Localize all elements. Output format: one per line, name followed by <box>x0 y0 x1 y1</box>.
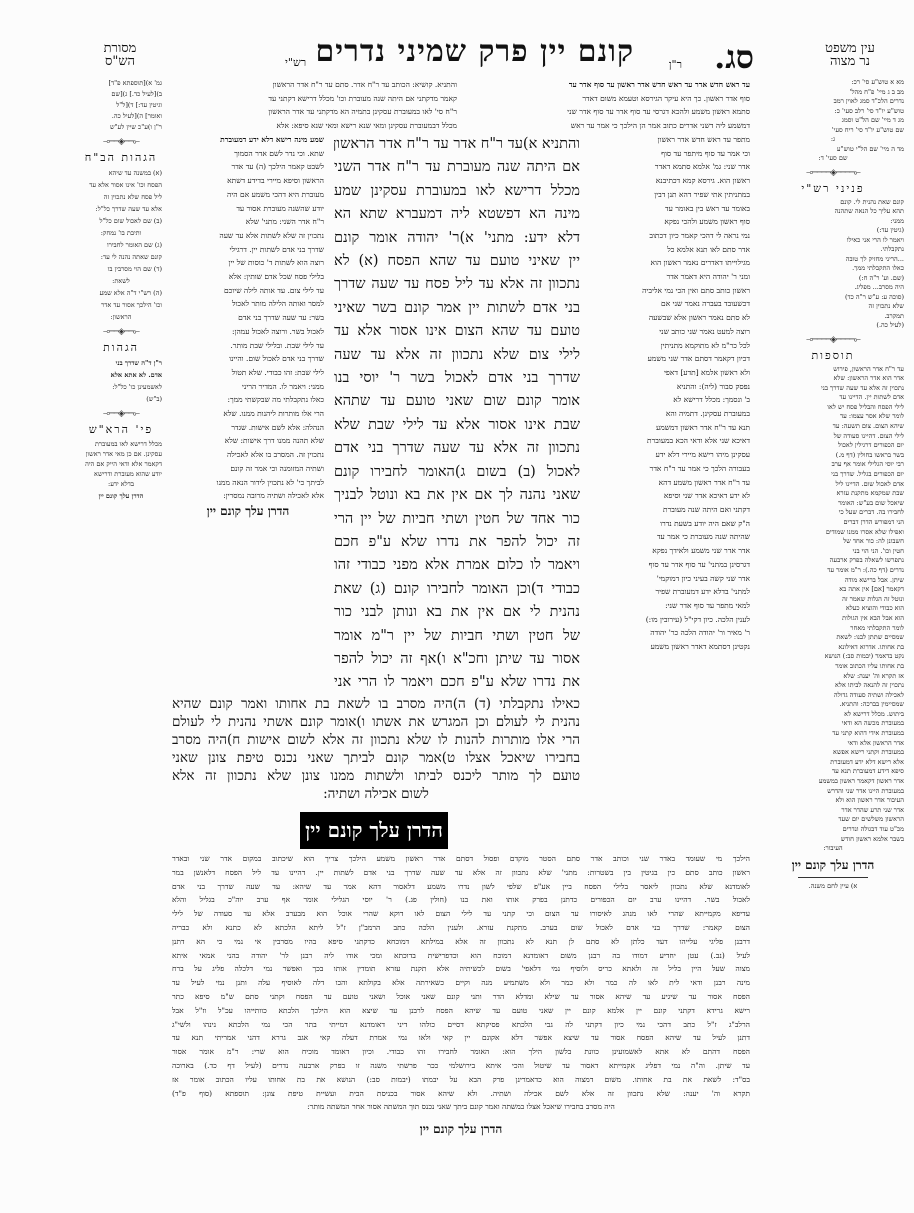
tosafot-line: חטין וכו'. הני הוי בני <box>762 547 904 557</box>
gemara-line: שדרך בני אדם לאכול בשר ר' יוסי בנו <box>334 367 580 390</box>
tosafot-line: שמסיים שתתן לבנו: לשאת <box>762 633 904 643</box>
hagahot-bach-line: (ה) רש"י ד"ה אלא שמע <box>80 287 162 299</box>
tosafot-line: חשבונן לה: כור אחד של <box>762 537 904 547</box>
rashi-line: בלילי פסח שכל אדם שותין: אלא <box>172 270 324 284</box>
penini-line: היה מסרב... מפליג. <box>762 283 904 293</box>
rashi-line: עד לילי צום. עד אותה לילה שיוכם <box>172 284 324 298</box>
tosafot-line: שמסיימין בברכה: והתניא. <box>762 700 904 710</box>
ornament-divider: ⊸────◈────⟜ <box>762 168 904 178</box>
rashi-line: שתא. וכי נדר לשם אדר הסמוך <box>172 147 324 161</box>
tosafot-line: אדם לשתות יין. הדיינו עד <box>762 393 904 403</box>
pi-harosh-line: יודע שהוא מעוברת ודרישא <box>80 469 162 479</box>
gemara-line: בני אדם לשתות יין אמר קונם בשר שאיני <box>334 297 580 320</box>
ornament-divider: ⊸────◈────⟜ <box>762 335 904 345</box>
rashi-line: מכלל דבמעוברת עסקינן ומאי שנא רישא ומאי … <box>172 119 457 133</box>
gemara-line: והתניא א)עד ר"ח אדר עד ר"ח אדר הראשון <box>334 133 580 156</box>
pi-harosh-line: דקאמר אלא ודאי הייק אם היה <box>80 459 162 469</box>
tosafot-line: רבי יוסי הגלילי אומר אף ערב <box>762 460 904 470</box>
page-title: קונם יין פרק שמיני נדרים <box>316 34 635 69</box>
ran-line: אדר אדר שני משמע ולאידך נפקא <box>588 544 750 558</box>
gemara-line: בחבירו שיאכל אצלו ט)אמר קונם לביתך שאני … <box>172 749 580 767</box>
tosafot-line: במעוברת וקתני רישא אפשא <box>762 748 904 758</box>
rashi-line: ושתיה המזומנה וכי אמר זה קונם <box>172 462 324 476</box>
ran-line: לא ידע דאיכא אדר שני וסיפא <box>588 489 750 503</box>
rashi-line: נתכוין זה שלא לשתות אלא עד שעה <box>172 229 324 243</box>
tosafot-line: ואפילו שלא אסרו ממנו שמודים <box>762 528 904 538</box>
ran-line: לכל כר"מ לא מתוקמא מתניתין <box>588 339 750 353</box>
masoret-label-2: הש"ס <box>80 55 160 68</box>
hagahot-bach-line: וכו' הילכך אסור עד אדר <box>80 299 162 311</box>
hagahot-bach-line: ותיבת בו' נמחק: <box>80 227 162 239</box>
gemara-line: נהנית לי לעולם וכן המגרש את אשתו ו)אומר … <box>172 713 580 731</box>
right-margin: מא א טוש"ע סי' רכ: מב ב ג מיי' פ"ח מהל' … <box>762 78 904 891</box>
hagahot-line: לאשמעינן כו' כל"ל: <box>80 381 162 393</box>
ran-line: דקתני ואם היתה שנה מעוברת <box>588 503 750 517</box>
tosafot-line: הוא אבל הבא אין הגולות <box>762 614 904 624</box>
ran-line: למתני' בדלא ידע דמעוברת שפיר <box>588 585 750 599</box>
hagahot-line: ר"ן ד"ה שדרך בני <box>80 357 162 369</box>
ein-mishpat-line: ג: <box>762 135 904 145</box>
rashi-left-block: שמע מינה רישא דלא ידע דמעוברת שתא. וכי נ… <box>172 133 324 519</box>
gemara-line: כור אחד של חטין ושתי חביות של יין הרי <box>334 508 580 531</box>
tosafot-line: יום הכפורים בגליל. שדרך בני <box>762 470 904 480</box>
ran-line: ר' מאיר ור' יהודה הלכה כר' יהודה <box>588 626 750 640</box>
penini-line: (גיטין עד:) <box>762 226 904 236</box>
ran-line: נמי נראה לי דהכי קאמר כיון דכתוב <box>588 229 750 243</box>
tosafot-line: שיאכל שום בע"ש: האומר <box>762 499 904 509</box>
ran-bottom-line: בס"ד: לשאת את בת אחותו. משום דמצוה הוא כ… <box>172 1073 750 1087</box>
ran-line: ב' ונסמך: מכלל דרישא לא <box>588 393 750 407</box>
ornament-divider: ⊸──◈──⟜ <box>80 409 162 419</box>
ein-mishpat-line: טוש"ע יו"ד סי' רלב סעי' כ: <box>762 107 904 117</box>
rashi-line: בשר: עד שעה שדרך בני אדם <box>172 311 324 325</box>
gemara-line: של חטין ושתי חביות של יין ר"מ אומר <box>334 625 580 648</box>
tosafot-line: הראשון משלשים יום שעד <box>762 815 904 825</box>
penini-line: קונם שאת נהנית לי. קונם <box>762 198 904 208</box>
ein-mishpat-line: מא א טוש"ע סי' רכ: <box>762 78 904 88</box>
rashi-line: קאמר מדקתני אם היתה שנה מעוברת וכו' מכלל… <box>172 92 457 106</box>
tosafot-line: שיהא הצום. צום תשעה: עד <box>762 422 904 432</box>
ran-line: עד ראש חדש אדר עד ראש חדש אדר ראשון עד ס… <box>470 78 750 92</box>
tosafot-line: סיפא דידע דמעוברת תנא עד <box>762 767 904 777</box>
ran-bottom-line: הפסח דהתם לא אתא לאשמועינן כוונת בלשון ה… <box>172 1045 750 1059</box>
folio-number: סג. <box>714 38 754 76</box>
ran-line: נפסק סבור (ליה): והתניא <box>588 380 750 394</box>
masoret-block: גמ' א)[תוספתא פ"ד] ב)[לעיל כד.] ג)[שם וג… <box>80 78 162 133</box>
hagahot-bach-line: הפסח וכו' אינו אסור אלא עד <box>80 179 162 191</box>
gemara-line: לילי צום שלא נתכוון זה אלא עד שעה <box>334 344 580 367</box>
ran-bottom-line: הרלב"ג ז"ל כתב דהכי נמי כיון דקתני לה גב… <box>172 1018 750 1032</box>
ran-line: אדר שני: גמ' אלמא סתמא דאדר <box>588 160 750 174</box>
rashi-line: עד לילי שבת. ובלילי שבת מותר. <box>172 339 324 353</box>
ran-bottom-hadran: הדרן עלך קונם יין <box>172 1122 750 1137</box>
tosafot-line: במעוברת היינו אדר שני והדרש <box>762 787 904 797</box>
tosafot-line: אדר הוא אדר הראשון: שלא <box>762 374 904 384</box>
ran-line: למאי מתפר עד סוף אדר שני: <box>588 599 750 613</box>
ein-mishpat-line: נדרים הלכ"ד סמג לאוין רמב <box>762 97 904 107</box>
tosafot-line: בשבר אלמא ראשון חודש <box>762 835 904 845</box>
rashi-line: הראשון וסיפא מיירי בדידע דשתא <box>172 174 324 188</box>
hagahot-line: (ב"ש) <box>80 393 162 405</box>
pi-harosh-line: עסקינן. אם כן מאי אדר ראשון <box>80 449 162 459</box>
rashi-line: שלא תהנה ממנו דרך אישות: שלא <box>172 434 324 448</box>
gemara-line: אם היתה שנה מעוברת עד ר"ח אדר השני <box>334 156 580 179</box>
penini-line: (סוכה ע: ע"ש ר"ה כד) <box>762 293 904 303</box>
tosafot-line: נתפרשו לשאלה בפרק ארבעה <box>762 556 904 566</box>
gemara-line: מינה הא דפשטא ליה דמעברא שתא הא <box>334 203 580 226</box>
penini-line: תמקרב. <box>762 312 904 322</box>
ein-mishpat-line: מג ד מיי' שם הל"ט וסמג <box>762 116 904 126</box>
divider-line <box>798 877 868 878</box>
ran-bottom-line: מצוה שעל היין בליל זה ולאתא כריס ולוסיף … <box>172 962 750 976</box>
tosafot-line: במעוברת מכשה הא ודאי <box>762 719 904 729</box>
tosafot-line: העיבור: <box>762 844 904 854</box>
rashi-line: למסר ואותה הלילה מותר לאכול <box>172 297 324 311</box>
ran-line: לא סתם נאמר ראשון אלא שבשעה <box>588 311 750 325</box>
tosafot-line: אדר ראשון דקאמר ראשון במשמע <box>762 777 904 787</box>
tosafot-line: אדר שני תרע שהדר אדר <box>762 806 904 816</box>
ran-line: ולא ראשון אלמא [תדע] דאפי <box>588 366 750 380</box>
tosafot-line: לילי הצום. דהיינו סעודה של <box>762 432 904 442</box>
hagahot-bach-block: (א) במשנה עד שיהא הפסח וכו' אינו אסור אל… <box>80 167 162 323</box>
ran-line: מתפר עד ראש חדש אדר ראשון <box>588 133 750 147</box>
rashi-line: לביתך כי' לא נתכוין לידור הנאה ממנו <box>172 476 324 490</box>
ran-line: דכיון דקאמר דסתם אדר שני משמע <box>588 352 750 366</box>
tosafot-line: שיתן. אבל ברישא מודה <box>762 576 904 586</box>
ran-line: ה"ק שאם היה יודע בשעת נדרו <box>588 517 750 531</box>
gemara-line: מכלל דרישא לאו במעוברת עסקינן שמע <box>334 180 580 203</box>
masoret-line: ב)[לעיל כד.] ג)[שם <box>80 89 162 100</box>
masoret-line: ואומר] ה)[לעיל כה. <box>80 111 162 122</box>
tosafot-line: לומר שלא אסר עצמו: עד <box>762 412 904 422</box>
rashi-hadran: הדרן עלך קונם יין <box>172 505 324 519</box>
ran-line: אדר סתם לאו תנא אלמא כל <box>588 243 750 257</box>
hagahot-bach-line: ליל פסח שלא נתכוין זה <box>80 191 162 203</box>
penini-line: (לעיל כה.) <box>762 321 904 331</box>
hagahot-bach-line: הראשון: <box>80 311 162 323</box>
penini-line: (שם. וע' ר"ה ח:) <box>762 274 904 284</box>
rashi-line: אלא לאכילה ושתיה מרובה נמסרין: <box>172 489 324 503</box>
ran-line: שהיתה שנה מעוברת כי אמר עד <box>588 530 750 544</box>
penini-line: שלא נתכוין זה <box>762 302 904 312</box>
gemara-line: אומר קונם שום שאני טועם עד שתהא <box>334 390 580 413</box>
pi-harosh-title: פי' הרא"ש <box>80 423 162 436</box>
tosafot-line: בת אחותו עליו הכתוב אומר <box>762 662 904 672</box>
ran-bottom-line: הפסח אסור עד שיגיע עד שיהא אסור עד שילא … <box>172 990 750 1004</box>
tosafot-line: לילי הפסח והבליל פסח יש לאו <box>762 403 904 413</box>
penini-rashi-title: פניני רש"י <box>762 182 904 195</box>
ornament-divider: ⊸──◈──⟜ <box>80 327 162 337</box>
ran-line: עסקינן מיהו רישא מיירי דלא ידע <box>588 448 750 462</box>
ran-bottom-line: עד שיתן. וה"ה נמי דפליג אקמייתא דאסור עד… <box>172 1059 750 1073</box>
rashi-line: ר"ח סי' לאו במעוברת עסקינן בתמיה הא מדקת… <box>172 105 457 119</box>
tosafot-line: העיבור אדר ראשון הוא ולא <box>762 796 904 806</box>
rashi-line: הרי אלו מותרות ליהנות ממנו. שלא <box>172 407 324 421</box>
gemara-line: הרי אלו מותרות להנות לו שלא נתכוון זה אל… <box>172 731 580 749</box>
masoret-hashas-label: מסורת הש"ס <box>80 42 160 68</box>
tosafot-line: במעוברת אידי דהוא קתני עד <box>762 729 904 739</box>
tosafot-block: עד ר"ח אדר הראשון, פירוש אדר הוא אדר הרא… <box>762 365 904 854</box>
ein-mishpat-line: מב ב ג מיי' פ"ח מהל' <box>762 88 904 98</box>
left-commentator-label: רש"י <box>285 56 306 69</box>
tosafot-line: נקט בדאמר (יבמות סב:) הנושא <box>762 652 904 662</box>
rashi-line: שמע מינה רישא דלא ידע דמעוברת <box>172 133 324 147</box>
left-margin: גמ' א)[תוספתא פ"ד] ב)[לעיל כד.] ג)[שם וג… <box>80 78 162 502</box>
ran-line: סוף אדר ראשון. כך היא עיקר הגירסא וטעמא … <box>470 92 750 106</box>
tosafot-line: אדר הראשון אלא ודאי <box>762 739 904 749</box>
hagahot-block: ר"ן ד"ה שדרך בני אדם. לא אתא אלא לאשמעינ… <box>80 357 162 405</box>
ein-mishpat-line: מד ה מיי' שם הל"י טוש"ע <box>762 145 904 155</box>
gemara-wide-block: כאילו נתקבלתי (ד) ה)היה מסרב בו לשאת בת … <box>172 695 580 803</box>
gemara-last-line: לשום אכילה ושתיה: <box>172 785 580 803</box>
ran-line: תנא עד ר"ח אדר ראשון דמשמע <box>588 421 750 435</box>
rashi-line: ממני: ויאמר לו. המדיר הריני <box>172 380 324 394</box>
tosafot-line: לאכילה ושתיה סעודה גדולה <box>762 691 904 701</box>
gemara-line: יין שאיני טועם עד שהא הפסח (א) לא <box>334 250 580 273</box>
ran-line: דכשעובד בעברה נאמר שני אם <box>588 297 750 311</box>
gemara-line: ויאמר לו כלום אמרת אלא מפני כבודי זהו <box>334 554 580 577</box>
ran-line: ראשון הוא. גירסא קמא דכתיבנא <box>588 174 750 188</box>
tosafot-line: הני דמפורש הדרן דברים <box>762 518 904 528</box>
tosafot-line: ביתוש. מכלל דרישא לא <box>762 710 904 720</box>
tosafot-line: ונוטל זה הגלות שאמר זה <box>762 595 904 605</box>
rashi-line: מעוברת היא דהכי משמע אם היה <box>172 188 324 202</box>
hagahot-bach-title: הגהות הב"ח <box>80 151 162 164</box>
ein-mishpat-label-2: נר מצוה <box>800 55 900 68</box>
hagahot-bach-line: אלא עד שעה שדרך כל"ל: <box>80 203 162 215</box>
rashi-line: והתניא. קושיא: הכותב עד ר"ח אדר. סתם עד … <box>172 78 457 92</box>
tosafot-hadran: הדרן עלך קונם יין <box>762 858 904 873</box>
hagahot-bach-line: קונם שאתה נהנה לי עד: <box>80 251 162 263</box>
hagahot-title: הגהות <box>80 341 162 354</box>
penini-line: ...הריני מחזיק לך טובה <box>762 255 904 265</box>
hadran-banner: הדרן עלך קונם יין <box>300 812 448 849</box>
gemara-block: והתניא א)עד ר"ח אדר עד ר"ח אדר הראשון אם… <box>334 133 580 695</box>
ran-line: מגילוייתו דאדרים נאמר ראשון הוא <box>588 256 750 270</box>
ran-line: וכי אמר עד סוף מיתפר עד סוף <box>588 147 750 161</box>
penini-rashi-block: קונם שאת נהנית לי. קונם תהא עליך כל הנאה… <box>762 198 904 331</box>
right-commentator-label: ר"ן <box>669 58 682 71</box>
rashi-line: לשבט קאמר הילכך (ה) עד אדר <box>172 160 324 174</box>
rashi-line: לילי שבת: זהו כבודי. שלא תטול <box>172 366 324 380</box>
tosafot-line: דקאמר [אם] אין אתה בא <box>762 585 904 595</box>
rashi-top-block: והתניא. קושיא: הכותב עד ר"ח אדר. סתם עד … <box>172 78 457 132</box>
tosafot-line: עד ר"ח אדר הראשון, פירוש <box>762 365 904 375</box>
masoret-line: ר"ן ו)ע"כ שיין לע"ש <box>80 122 162 133</box>
masoret-line: גמ' א)[תוספתא פ"ד] <box>80 78 162 89</box>
ran-bottom-line: ראשון כותב סתם כין בגיטין בין בשטרות: מת… <box>172 866 750 880</box>
ran-line: אדר שני קשה בעיני כיון דמוקמי' <box>588 572 750 586</box>
gemara-line: כבודי ד)וכן האומר לחבירו קונם (ג) שאת <box>334 578 580 601</box>
ran-line: במעוברת עסקינן. דתמיה והא <box>588 407 750 421</box>
tosafot-footnote: א) עיין לחם משנה. <box>762 882 904 892</box>
rashi-line: יודע שהשנה מעוברת אסור עד <box>172 202 324 216</box>
penini-line: תהא עליך כל הנאה שתהנה <box>762 207 904 217</box>
ran-line: דמשמע ליה דשני אדרים כתוב אמר הן הילכך כ… <box>470 119 750 133</box>
hagahot-bach-line: (ב) שם לאכול שום כל"ל <box>80 215 162 227</box>
ran-line: ראשון כותב סתם ואין הכי נמי אליביה <box>588 284 750 298</box>
ran-line: רוצה למעט נאמר שני כותב שני <box>588 325 750 339</box>
ran-line: לענין הלכה. כיון דקי"ל (עירובין מו:) <box>588 613 750 627</box>
ran-bottom-line: עדיפא מקמייתא שהרי לאו מנהג לאיסורו עד ה… <box>172 907 750 921</box>
gemara-line: טועם לך מותר ליכנס לביתו ולשתות ממנו צונ… <box>172 767 580 785</box>
ran-line: באומר עד ראש בין באומר עד <box>588 202 750 216</box>
gemara-line: נתכוון זה אלא עד שעה שדרך בני אדם <box>334 437 580 460</box>
gemara-line: כאילו נתקבלתי (ד) ה)היה מסרב בו לשאת בת … <box>172 695 580 713</box>
ran-bottom-line: תקרא וה' יענה: שלא נתכוון זה אלא לשם אכי… <box>172 1087 750 1101</box>
gemara-line: דלא ידע: מתני' א)ר' יהודה אומר קונם <box>334 227 580 250</box>
tosafot-line: נדרים (דף כה.): ר"מ אומר עד <box>762 566 904 576</box>
tosafot-line: אדם לאכול שום. הדיינו ליל <box>762 480 904 490</box>
ran-line: דאיכא שני אלא ודאי הכא במעוברת <box>588 434 750 448</box>
ran-bottom-line: מינה רבנן ודאי לית לאו לה כמר ולא כמר ול… <box>172 976 750 990</box>
ran-line: עד ר"ח אדר ראשון משמע דהא <box>588 476 750 490</box>
pi-harosh-line: מכלל דרישא לאו במעוברת <box>80 439 162 449</box>
hagahot-bach-line: (א) במשנה עד שיהא <box>80 167 162 179</box>
ran-bottom-block: הילכך מי שעומד באדר שני וכותב אדר סתם הס… <box>172 852 750 1114</box>
hagahot-line: אדם. לא אתא אלא <box>80 369 162 381</box>
ran-line: במתניתין אתי שפיר דהא תנן דבין <box>588 188 750 202</box>
ran-bottom-line: הילכך מי שעומד באדר שני וכותב אדר סתם הס… <box>172 852 750 866</box>
rashi-line: נתכוין זה. המסרב בו אלא לאכילה <box>172 448 324 462</box>
ran-bottom-line: דתנן לעיל עד שיהא הפסח אסור עד שיצא אפשר… <box>172 1031 750 1045</box>
tosafot-title: תוספות <box>762 349 904 362</box>
gemara-line: זה יכול להפר את נדרו שלא ע"פ חכם <box>334 531 580 554</box>
ornament-divider: ⊸──◈──⟜ <box>80 137 162 147</box>
ein-mishpat-line: שם סעי' ד: <box>762 154 904 164</box>
ran-line: ומני ר' יהודה היא דאמר אדר <box>588 270 750 284</box>
tosafot-line: לומר התקבלתי מאחר <box>762 624 904 634</box>
ran-bottom-line: לאכול בשר. דהיינו ערב יום הכפורים כדתנן … <box>172 893 750 907</box>
ran-bottom-line: לאומדנא שלא נתכוון ליאסר בלילי הפסח ביין… <box>172 880 750 894</box>
tosafot-line: מכ"ט עוד דבגולה ונדרים <box>762 825 904 835</box>
ran-right-block: מתפר עד ראש חדש אדר ראשון וכי אמר עד סוף… <box>588 133 750 654</box>
rashi-line: כאלו נתקבלתי מה שבקשתי ממך: <box>172 393 324 407</box>
rashi-line: שדרך בני אדם לאכול שום. והיינו <box>172 352 324 366</box>
tosafot-line: הוא כבודי והוציא כעלא <box>762 604 904 614</box>
tosafot-line: אלא רישא דלא ידע דמעוברת <box>762 758 904 768</box>
rashi-line: לאכול בשר. ורוצה לאכול עמהן: <box>172 325 324 339</box>
rashi-line: הנהלה: אלא לשם אישות. שגדר <box>172 421 324 435</box>
ein-mishpat-line: שם טוש"ע יו"ד סי' ריח סעי' <box>762 126 904 136</box>
hagahot-bach-line: לשאת: <box>80 275 162 287</box>
ein-mishpat-block: מא א טוש"ע סי' רכ: מב ב ג מיי' פ"ח מהל' … <box>762 78 904 164</box>
gemara-line: אסור עד שיתן וחכ"א ו)אף זה יכול להפר <box>334 648 580 671</box>
tosafot-line: בשר בראשו בחולין (דף מ.) <box>762 451 904 461</box>
tosafot-line: שבת שמקמא מתקנת עזרא <box>762 489 904 499</box>
ran-line: בעבורה הלכך כי אמר עד ר"ח אדר <box>588 462 750 476</box>
ran-line: סוף ראשון משמע ולהכי נפקא <box>588 215 750 229</box>
penini-line: כאלו התקבלתי ממך. <box>762 264 904 274</box>
pi-harosh-line: בדלא ידע: <box>80 479 162 489</box>
ran-bottom-line: רישא גרידא דקתני קונם יין אלמא קונם יין … <box>172 1004 750 1018</box>
tosafot-line: יום הכפורים דרגילין לאכול <box>762 441 904 451</box>
ran-line: סתמא ראשון משמע ולהכא דגרסי עד סוף אדר ע… <box>470 105 750 119</box>
tosafot-line: אז תקרא וה' יענה: שלא <box>762 672 904 682</box>
pi-harosh-hadran: הדרן עלך קונם יין <box>80 492 162 502</box>
hagahot-bach-line: (ד) שם הוי מסרבין בו <box>80 263 162 275</box>
hagahot-bach-line: (ג) שם האומר לחבירו <box>80 239 162 251</box>
ein-mishpat-label: עין משפט נר מצוה <box>800 42 900 68</box>
rashi-line: ר"ח אדר השני: מתני' שלא <box>172 215 324 229</box>
gemara-line: שאני נהנה לך אם אין את בא ונוטל לבניך <box>334 484 580 507</box>
rashi-line: רוצה הוא לשתות ד' כוסות של יין <box>172 256 324 270</box>
masoret-line: וגיטין עד:] ד)[ל"ל <box>80 100 162 111</box>
gemara-line: נתכוון זה אלא עד ליל פסח עד שעה שדרך <box>334 273 580 296</box>
tosafot-line: נתכוין זה להנאה לביתו אלא <box>762 681 904 691</box>
gemara-line: טועם עד שהא הצום אינו אסור אלא עד <box>334 320 580 343</box>
gemara-line: נהנית לי אם אין את בא ונותן לבני כור <box>334 601 580 624</box>
ran-bottom-line: הצום קאמר: שדרך בני אדם לאכול שום בערב. … <box>172 921 750 935</box>
penini-line: נתקבלתי. <box>762 245 904 255</box>
tosafot-line: נתכוין זה אלא עד שעה שדרך בני <box>762 384 904 394</box>
ran-line: נקטינן דסתמא דאדר ראשון משמע <box>588 640 750 654</box>
gemara-line: שבת אינו אסור אלא עד לילי שבת שלא <box>334 414 580 437</box>
gemara-line: את נדרו שלא ע"פ חכם ויאמר לו הרי אני <box>334 671 580 694</box>
gemara-line: לאכול (ב) בשום ג)האומר לחבירו קונם <box>334 461 580 484</box>
tosafot-line: לחבירו בה. דברים שעל כי <box>762 508 904 518</box>
tosafot-line: בת אחותו. אדרוא דאילונא <box>762 643 904 653</box>
penini-line: ממני: <box>762 217 904 227</box>
ran-bottom-line: דרבנן פליגי עלייהו דעד כלתן לא סתם לן תנ… <box>172 935 750 949</box>
pi-harosh-block: מכלל דרישא לאו במעוברת עסקינן. אם כן מאי… <box>80 439 162 489</box>
rashi-line: שדרך בני אדם לשתות יין. דרגילי <box>172 243 324 257</box>
ran-bottom-last-line: היה מסרב בחבירו שיאכל אצלו במשתה ואמר קו… <box>172 1100 750 1114</box>
ran-line: דגרסינן במתני' עד סוף אדר עד סוף <box>588 558 750 572</box>
ran-top-block: עד ראש חדש אדר עד ראש חדש אדר ראשון עד ס… <box>470 78 750 132</box>
penini-line: ויאמר לו הרי אני כאילו <box>762 236 904 246</box>
ran-bottom-line: לעיל (נב.) עטן יחדיע דמודו בה רבנן משום … <box>172 949 750 963</box>
